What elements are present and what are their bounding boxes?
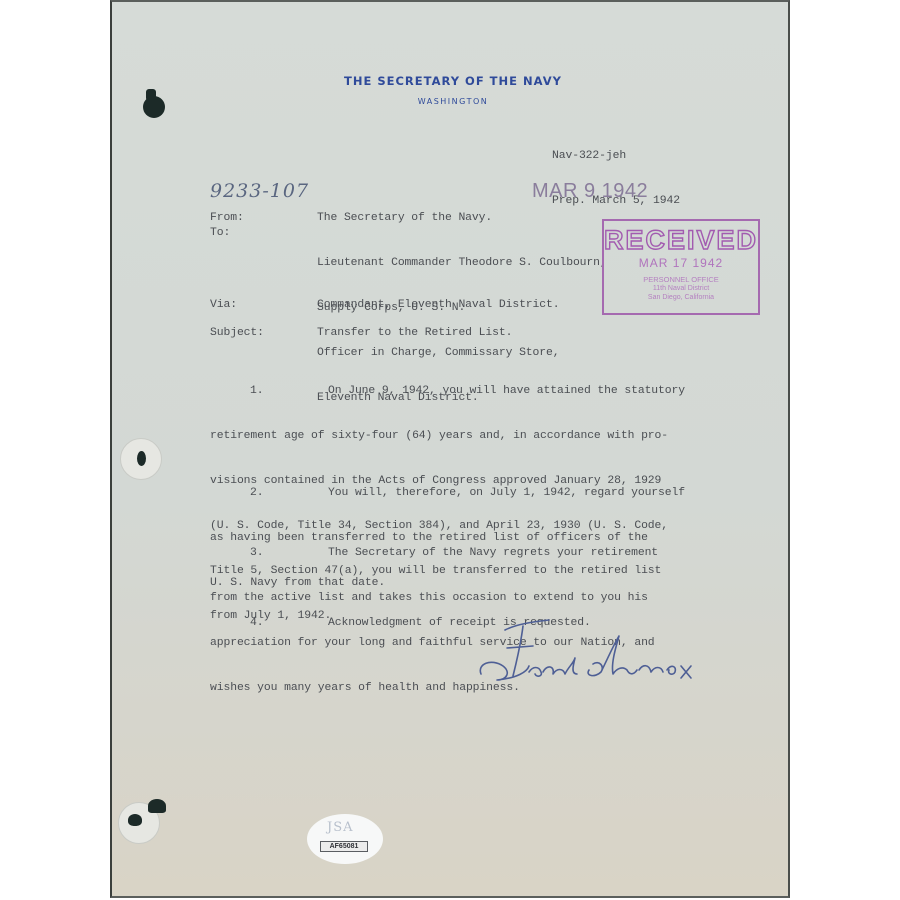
paragraph-number: 1. xyxy=(250,384,328,399)
authentication-sticker: JSA AF65081 xyxy=(307,814,383,864)
punch-hole-middle xyxy=(137,451,146,466)
reference-code: Nav-322-jeh xyxy=(552,149,680,164)
paragraph-number: 3. xyxy=(250,546,328,561)
punch-hole-top-notch xyxy=(146,89,156,101)
jsa-logo: JSA xyxy=(327,820,354,835)
paragraph-line: retirement age of sixty-four (64) years … xyxy=(210,429,730,444)
paragraph-number: 2. xyxy=(250,486,328,501)
received-stamp-district: 11th Naval District xyxy=(604,284,758,293)
received-stamp-title: RECEIVED xyxy=(604,225,758,255)
certificate-number: AF65081 xyxy=(320,841,368,852)
letterhead-title: THE SECRETARY OF THE NAVY xyxy=(338,74,568,88)
received-stamp: RECEIVED MAR 17 1942 PERSONNEL OFFICE 11… xyxy=(602,219,760,315)
punch-hole-bottom-2 xyxy=(148,799,166,813)
to-label: To: xyxy=(210,226,230,241)
via-label: Via: xyxy=(210,298,237,313)
punch-hole-bottom xyxy=(128,814,142,826)
via-value: Commandant, Eleventh Naval District. xyxy=(317,298,559,313)
date-stamp: MAR 9 1942 xyxy=(532,180,648,203)
from-label: From: xyxy=(210,211,244,226)
subject-label: Subject: xyxy=(210,326,264,341)
to-line: Lieutenant Commander Theodore S. Coulbou… xyxy=(317,256,607,271)
received-stamp-location: San Diego, California xyxy=(604,293,758,302)
paragraph-line: On June 9, 1942, you will have attained … xyxy=(328,385,685,397)
letterhead-subtitle: WASHINGTON xyxy=(338,97,568,106)
from-value: The Secretary of the Navy. xyxy=(317,211,492,226)
signature: Frank Knox xyxy=(477,614,717,694)
subject-value: Transfer to the Retired List. xyxy=(317,326,512,341)
handwritten-file-number: 9233-107 xyxy=(210,180,309,202)
received-stamp-office: PERSONNEL OFFICE xyxy=(604,275,758,284)
paragraph-number: 4. xyxy=(250,616,328,631)
letter-page: THE SECRETARY OF THE NAVY WASHINGTON Nav… xyxy=(110,0,790,898)
received-stamp-date: MAR 17 1942 xyxy=(604,256,758,270)
paragraph-line: The Secretary of the Navy regrets your r… xyxy=(328,547,658,559)
paragraph-line: You will, therefore, on July 1, 1942, re… xyxy=(328,487,685,499)
